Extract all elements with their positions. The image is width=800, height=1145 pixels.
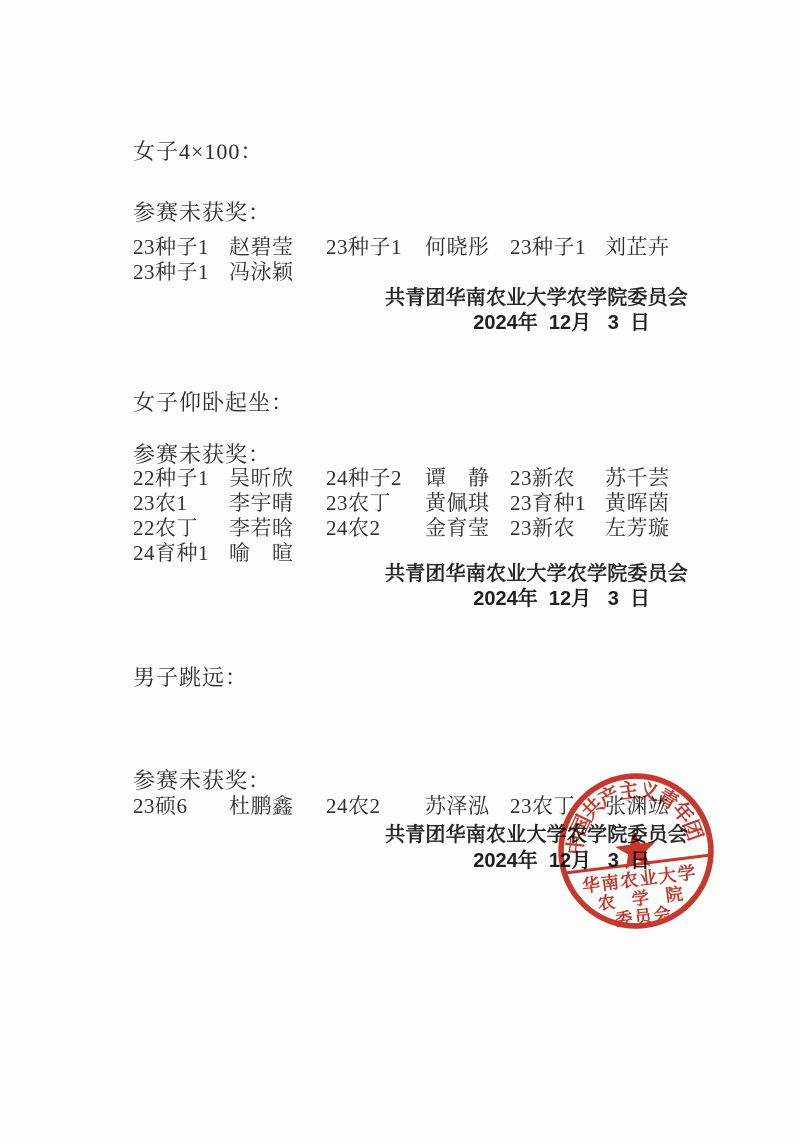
- participant-row: 23种子1冯泳颖: [133, 261, 800, 286]
- date-line: 2024年 12月 3 日: [473, 588, 650, 610]
- scanned-document-page: 女子4×100： 参赛未获奖： 23种子1赵碧莹23种子1何晓彤23种子1刘芷卉…: [0, 0, 800, 1145]
- name-cell: 左芳璇: [605, 517, 670, 540]
- class-cell: 23种子1: [326, 236, 402, 259]
- participant-row: 23种子1赵碧莹23种子1何晓彤23种子1刘芷卉: [133, 236, 800, 261]
- participant-row: 22种子1吴昕欣24种子2谭 静23新农苏千芸: [133, 467, 800, 492]
- name-cell: 黄佩琪: [425, 492, 490, 515]
- name-cell: 冯泳颖: [229, 261, 294, 284]
- name-cell: 李若晗: [229, 517, 294, 540]
- class-cell: 23农丁: [326, 492, 391, 515]
- no-award-label: 参赛未获奖：: [133, 201, 271, 225]
- name-cell: 赵碧莹: [229, 236, 294, 259]
- class-cell: 24农2: [326, 795, 381, 818]
- committee-signature: 共青团华南农业大学农学院委员会: [385, 287, 688, 309]
- name-cell: 刘芷卉: [605, 236, 670, 259]
- official-seal: 中国共产主义青年团 华南农业大学 农 学 院 委员会: [555, 770, 717, 932]
- class-cell: 23新农: [510, 467, 575, 490]
- participant-list: 22种子1吴昕欣24种子2谭 静23新农苏千芸23农1李宇晴23农丁黄佩琪23育…: [133, 467, 800, 567]
- name-cell: 何晓彤: [425, 236, 490, 259]
- class-cell: 23新农: [510, 517, 575, 540]
- class-cell: 23育种1: [510, 492, 586, 515]
- name-cell: 谭 静: [425, 467, 490, 490]
- name-cell: 苏泽泓: [425, 795, 490, 818]
- class-cell: 24种子2: [326, 467, 402, 490]
- name-cell: 黄晖茵: [605, 492, 670, 515]
- section-title: 女子4×100：: [133, 140, 263, 164]
- class-cell: 23种子1: [133, 236, 209, 259]
- name-cell: 杜鹏鑫: [229, 795, 294, 818]
- class-cell: 23种子1: [133, 261, 209, 284]
- no-award-label: 参赛未获奖：: [133, 769, 271, 793]
- class-cell: 24农2: [326, 517, 381, 540]
- class-cell: 24育种1: [133, 542, 209, 565]
- no-award-label: 参赛未获奖：: [133, 443, 271, 467]
- committee-signature: 共青团华南农业大学农学院委员会: [385, 563, 688, 585]
- participant-row: 22农丁李若晗24农2金育莹23新农左芳璇: [133, 517, 800, 542]
- name-cell: 喻 暄: [229, 542, 294, 565]
- class-cell: 23农1: [133, 492, 188, 515]
- name-cell: 吴昕欣: [229, 467, 294, 490]
- participant-row: 23农1李宇晴23农丁黄佩琪23育种1黄晖茵: [133, 492, 800, 517]
- class-cell: 22农丁: [133, 517, 198, 540]
- name-cell: 金育莹: [425, 517, 490, 540]
- date-line: 2024年 12月 3 日: [473, 312, 650, 334]
- name-cell: 李宇晴: [229, 492, 294, 515]
- seal-rotated-group: 中国共产主义青年团 华南农业大学 农 学 院 委员会: [555, 770, 717, 932]
- name-cell: 苏千芸: [605, 467, 670, 490]
- section-title: 女子仰卧起坐：: [133, 391, 294, 415]
- class-cell: 23种子1: [510, 236, 586, 259]
- class-cell: 23硕6: [133, 795, 188, 818]
- section-title: 男子跳远：: [133, 666, 248, 690]
- participant-list: 23种子1赵碧莹23种子1何晓彤23种子1刘芷卉23种子1冯泳颖: [133, 236, 800, 286]
- class-cell: 22种子1: [133, 467, 209, 490]
- seal-graphic: 中国共产主义青年团 华南农业大学 农 学 院 委员会: [555, 770, 717, 932]
